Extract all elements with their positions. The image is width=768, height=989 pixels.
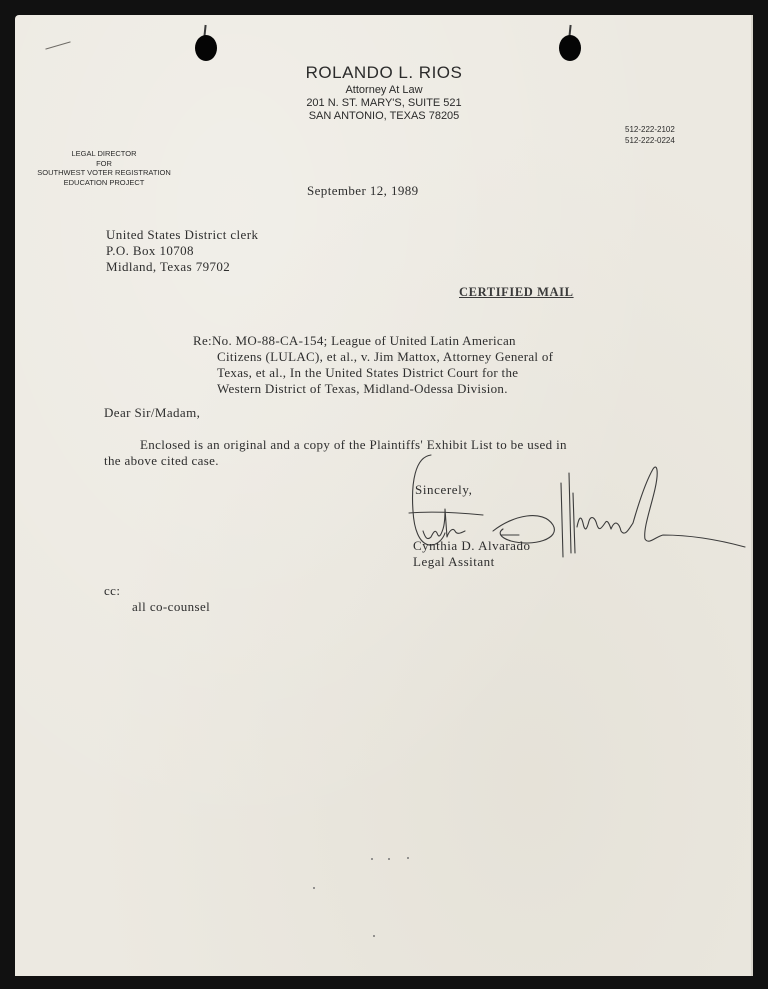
reference-block: Re:No. MO-88-CA-154; League of United La…: [193, 333, 553, 397]
phone-number: 512-222-2102: [625, 124, 675, 135]
punch-hole-icon: [195, 35, 217, 61]
paper-speck: [388, 858, 390, 860]
signer-block: Cynthia D. Alvarado Legal Assitant: [413, 538, 530, 570]
letterhead-address-line2: SAN ANTONIO, TEXAS 78205: [15, 110, 753, 122]
letterhead-side-note: LEGAL DIRECTOR FOR SOUTHWEST VOTER REGIS…: [29, 149, 179, 187]
recipient-line: United States District clerk: [106, 227, 258, 243]
side-note-line: FOR: [29, 159, 179, 169]
cc-recipients: all co-counsel: [104, 599, 210, 615]
paper-speck: [313, 887, 315, 889]
letterhead-phones: 512-222-2102 512-222-0224: [625, 124, 675, 146]
side-note-line: LEGAL DIRECTOR: [29, 149, 179, 159]
reference-line: Re:No. MO-88-CA-154; League of United La…: [193, 333, 553, 349]
salutation: Dear Sir/Madam,: [104, 405, 200, 421]
paper-speck: [373, 935, 375, 937]
letter-page: ROLANDO L. RIOS Attorney At Law 201 N. S…: [15, 15, 753, 976]
reference-line: Citizens (LULAC), et al., v. Jim Mattox,…: [193, 349, 553, 365]
cc-label: cc:: [104, 583, 210, 599]
signer-title: Legal Assitant: [413, 554, 530, 570]
reference-line: Texas, et al., In the United States Dist…: [193, 365, 553, 381]
letterhead-title: Attorney At Law: [15, 84, 753, 96]
letterhead-address-line1: 201 N. ST. MARY'S, SUITE 521: [15, 97, 753, 109]
punch-hole-icon: [559, 35, 581, 61]
signer-name: Cynthia D. Alvarado: [413, 538, 530, 554]
letterhead-name: ROLANDO L. RIOS: [15, 63, 753, 83]
body-line: Enclosed is an original and a copy of th…: [104, 437, 649, 453]
stray-pen-mark: [45, 41, 70, 49]
side-note-line: SOUTHWEST VOTER REGISTRATION: [29, 168, 179, 178]
phone-number: 512-222-0224: [625, 135, 675, 146]
side-note-line: EDUCATION PROJECT: [29, 178, 179, 188]
paper-speck: [371, 858, 373, 860]
letter-date: September 12, 1989: [307, 183, 419, 199]
recipient-line: Midland, Texas 79702: [106, 259, 258, 275]
cc-block: cc: all co-counsel: [104, 583, 210, 615]
paper-speck: [407, 857, 409, 859]
recipient-address: United States District clerk P.O. Box 10…: [106, 227, 258, 275]
reference-line: Western District of Texas, Midland-Odess…: [193, 381, 553, 397]
recipient-line: P.O. Box 10708: [106, 243, 258, 259]
delivery-method: CERTIFIED MAIL: [459, 285, 574, 300]
